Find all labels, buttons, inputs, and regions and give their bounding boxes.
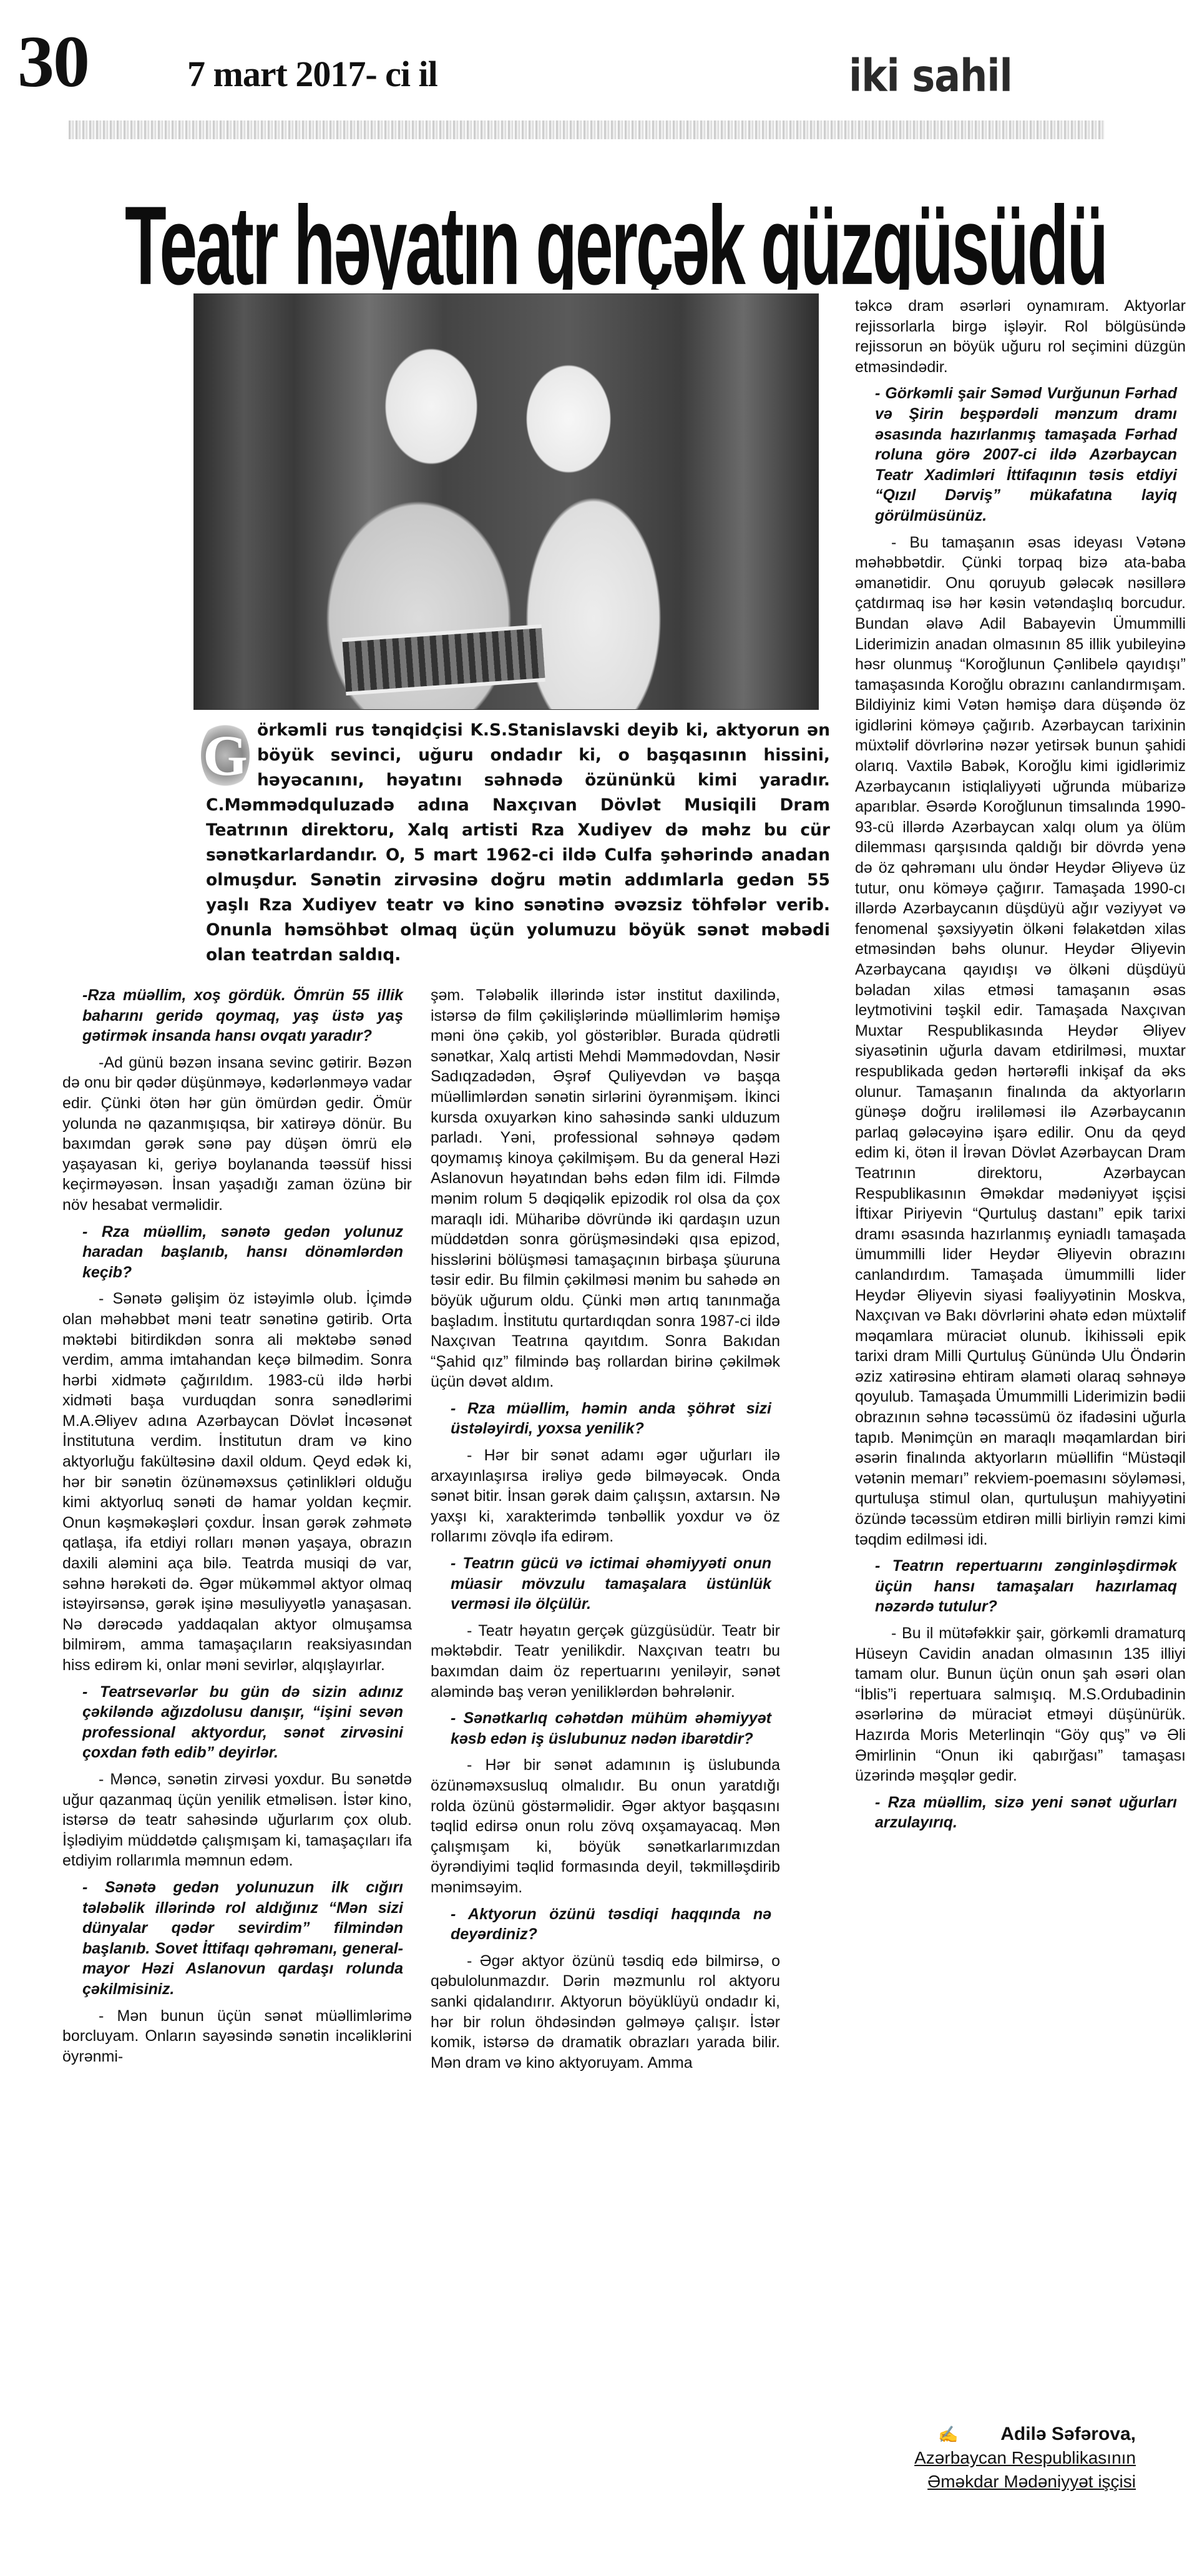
interview-answer: - Hər bir sənət adamı əgər uğurları ilə … — [431, 1445, 780, 1547]
interview-question: - Teatrın repertuarını zənginləşdirmək ü… — [875, 1556, 1177, 1617]
interview-answer: - Mən bunun üçün sənət müəllimlərimə bor… — [62, 2006, 412, 2067]
column-3: təkcə dram əsərləri oynamıram. Aktyorlar… — [855, 296, 1186, 1839]
interview-question: - Görkəmli şair Səməd Vurğunun Fərhad və… — [875, 383, 1177, 526]
interview-question: - Sənətkarlıq cəhətdən mühüm əhəmiyyət k… — [451, 1708, 771, 1749]
drop-cap: G — [201, 720, 250, 790]
article-photo — [193, 293, 819, 710]
page-number: 30 — [17, 25, 89, 99]
interview-answer: - Bu il mütəfəkkir şair, görkəmli dramat… — [855, 1623, 1186, 1786]
interview-answer: -Ad günü bəzən insana sevinc gətirir. Bə… — [62, 1053, 412, 1216]
byline: ✍ Adilə Səfərova, Azərbaycan Respublikas… — [843, 2422, 1136, 2494]
column-1: -Rza müəllim, xoş gördük. Ömrün 55 illik… — [62, 985, 412, 2073]
author-title-line-1: Azərbaycan Respublikasının — [843, 2446, 1136, 2470]
photo-costume-detail — [342, 624, 545, 696]
interview-answer: - Bu tamaşanın əsas ideyası Vətənə məhəb… — [855, 533, 1186, 1550]
headline-text: Teatr həyatın gerçək güzgüsüdür — [125, 167, 1111, 290]
author-title-line-2: Əməkdar Mədəniyyət işçisi — [843, 2470, 1136, 2494]
interview-question: - Aktyorun özünü təsdiqi haqqında nə dey… — [451, 1904, 771, 1945]
interview-question: - Teatrsevərlər bu gün də sizin adınız ç… — [82, 1682, 403, 1763]
interview-question: -Rza müəllim, xoş gördük. Ömrün 55 illik… — [82, 985, 403, 1046]
issue-date: 7 mart 2017- ci il — [187, 56, 437, 92]
interview-answer: - Məncə, sənətin zirvəsi yoxdur. Bu sənə… — [62, 1769, 412, 1871]
intro-text: örkəmli rus tənqidçisi K.S.Stanislavski … — [206, 720, 830, 965]
interview-answer-continued: təkcə dram əsərləri oynamıram. Aktyorlar… — [855, 296, 1186, 377]
author-name: Adilə Səfərova, — [1000, 2424, 1136, 2444]
interview-answer: - Teatr həyatın gerçək güzgüsüdür. Teatr… — [431, 1621, 780, 1702]
article-headline: Teatr həyatın gerçək güzgüsüdür — [125, 167, 1111, 290]
column-2: şəm. Tələbəlik illərində istər institut … — [431, 985, 780, 2079]
interview-question: - Rza müəllim, həmin anda şöhrət sizi üs… — [451, 1399, 771, 1439]
article-intro: G örkəmli rus tənqidçisi K.S.Stanislavsk… — [206, 718, 830, 968]
interview-closing: - Rza müəllim, sizə yeni sənət uğurları … — [875, 1792, 1177, 1833]
interview-question: - Teatrın gücü və ictimai əhəmiyyəti onu… — [451, 1553, 771, 1615]
pen-icon: ✍ — [938, 2422, 958, 2446]
interview-answer: - Əgər aktyor özünü təsdiq edə bilmirsə,… — [431, 1951, 780, 2073]
interview-question: - Sənətə gedən yolunuzun ilk cığırı tələ… — [82, 1877, 403, 2000]
interview-answer: - Hər bir sənət adamının iş üslubunda öz… — [431, 1755, 780, 1897]
interview-question: - Rza müəllim, sənətə gedən yolunuz hara… — [82, 1222, 403, 1283]
interview-answer-continued: şəm. Tələbəlik illərində istər institut … — [431, 985, 780, 1392]
newspaper-masthead: iki sahil — [849, 54, 1012, 98]
interview-answer: - Sənətə gəlişim öz istəyimlə olub. İçim… — [62, 1289, 412, 1675]
header-rule — [69, 120, 1105, 139]
